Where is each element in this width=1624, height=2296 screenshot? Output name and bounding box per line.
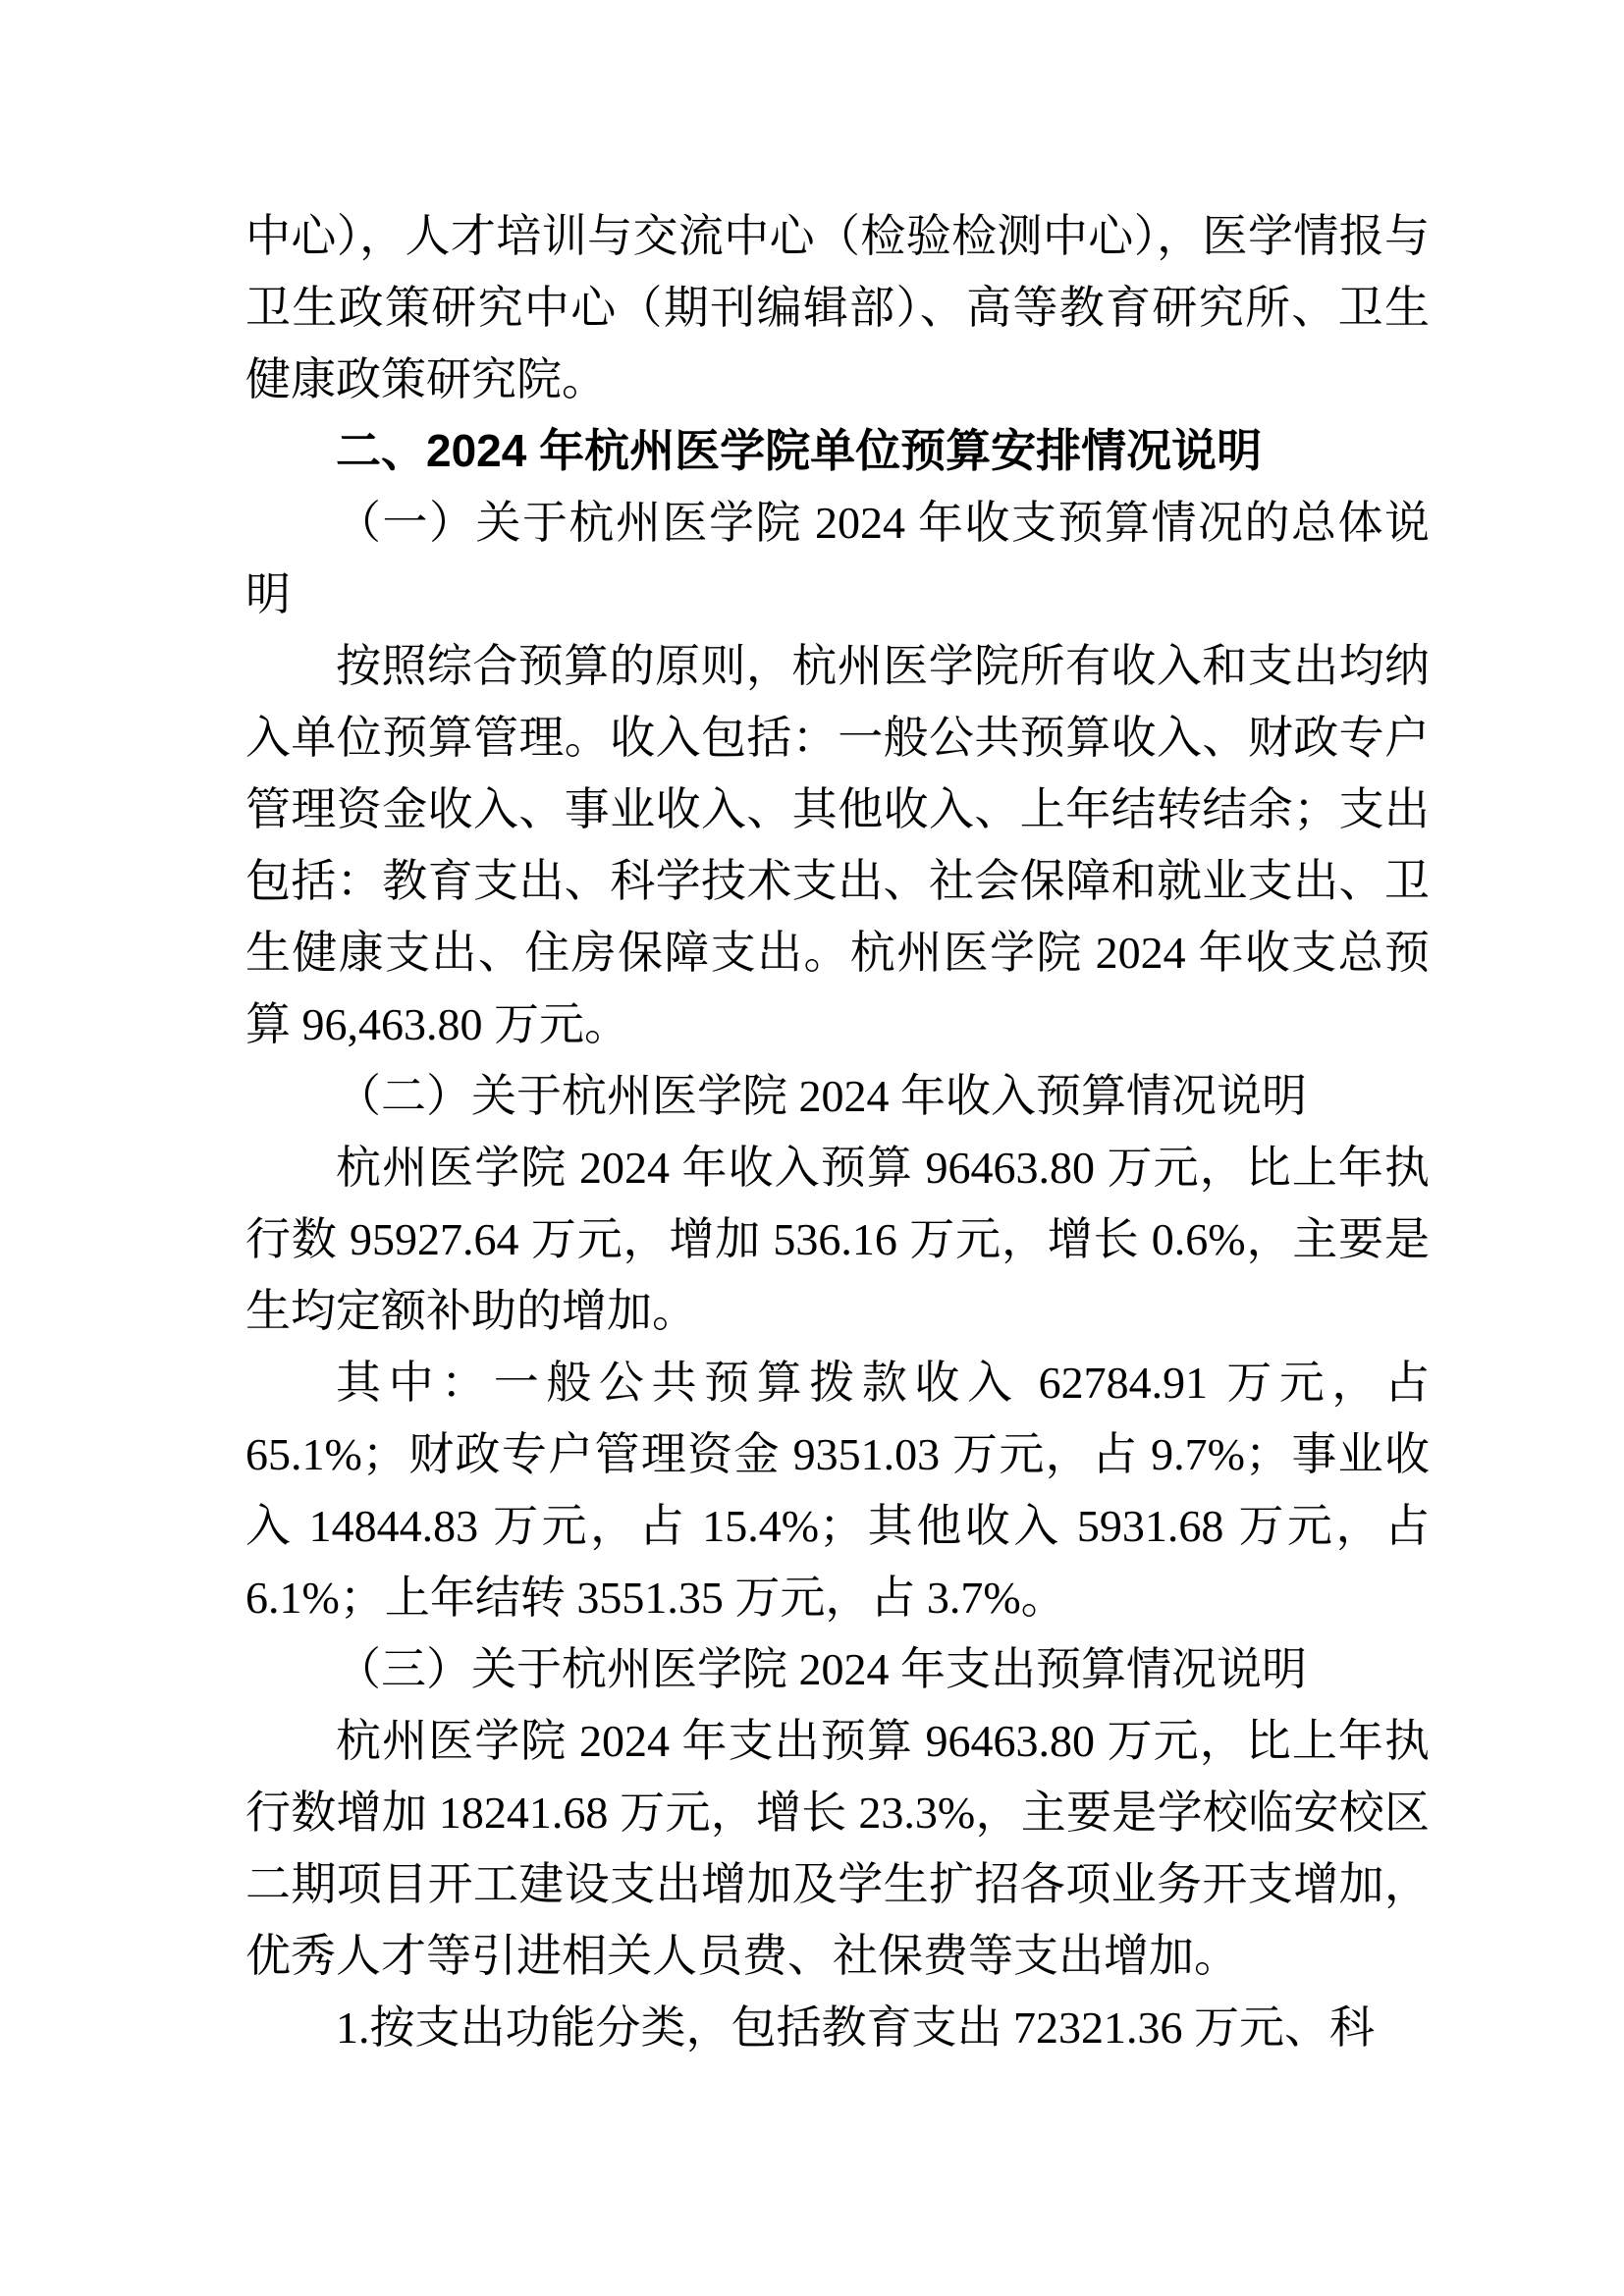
body-paragraph-expenditure-by-function: 1.按支出功能分类，包括教育支出 72321.36 万元、科 (245, 1992, 1430, 2063)
body-paragraph-income-total: 杭州医学院 2024 年收入预算 96463.80 万元，比上年执行数 9592… (245, 1132, 1430, 1347)
subsection-heading-overall-budget: （一）关于杭州医学院 2024 年收支预算情况的总体说明 (245, 487, 1430, 630)
section-heading-budget-arrangement: 二、2024 年杭州医学院单位预算安排情况说明 (245, 415, 1430, 487)
body-paragraph-expenditure-total: 杭州医学院 2024 年支出预算 96463.80 万元，比上年执行数增加 18… (245, 1705, 1430, 1992)
document-page: 中心），人才培训与交流中心（检验检测中心），医学情报与卫生政策研究中心（期刊编辑… (0, 0, 1624, 2296)
document-text-block: 中心），人才培训与交流中心（检验检测中心），医学情报与卫生政策研究中心（期刊编辑… (245, 200, 1430, 2063)
subsection-heading-income-budget: （二）关于杭州医学院 2024 年收入预算情况说明 (245, 1060, 1430, 1132)
body-paragraph-income-breakdown: 其中：一般公共预算拨款收入 62784.91 万元，占 65.1%；财政专户管理… (245, 1347, 1430, 1633)
body-paragraph-overall-budget: 按照综合预算的原则，杭州医学院所有收入和支出均纳入单位预算管理。收入包括：一般公… (245, 630, 1430, 1060)
paragraph-continuation-org-list: 中心），人才培训与交流中心（检验检测中心），医学情报与卫生政策研究中心（期刊编辑… (245, 200, 1430, 415)
subsection-heading-expenditure-budget: （三）关于杭州医学院 2024 年支出预算情况说明 (245, 1633, 1430, 1705)
